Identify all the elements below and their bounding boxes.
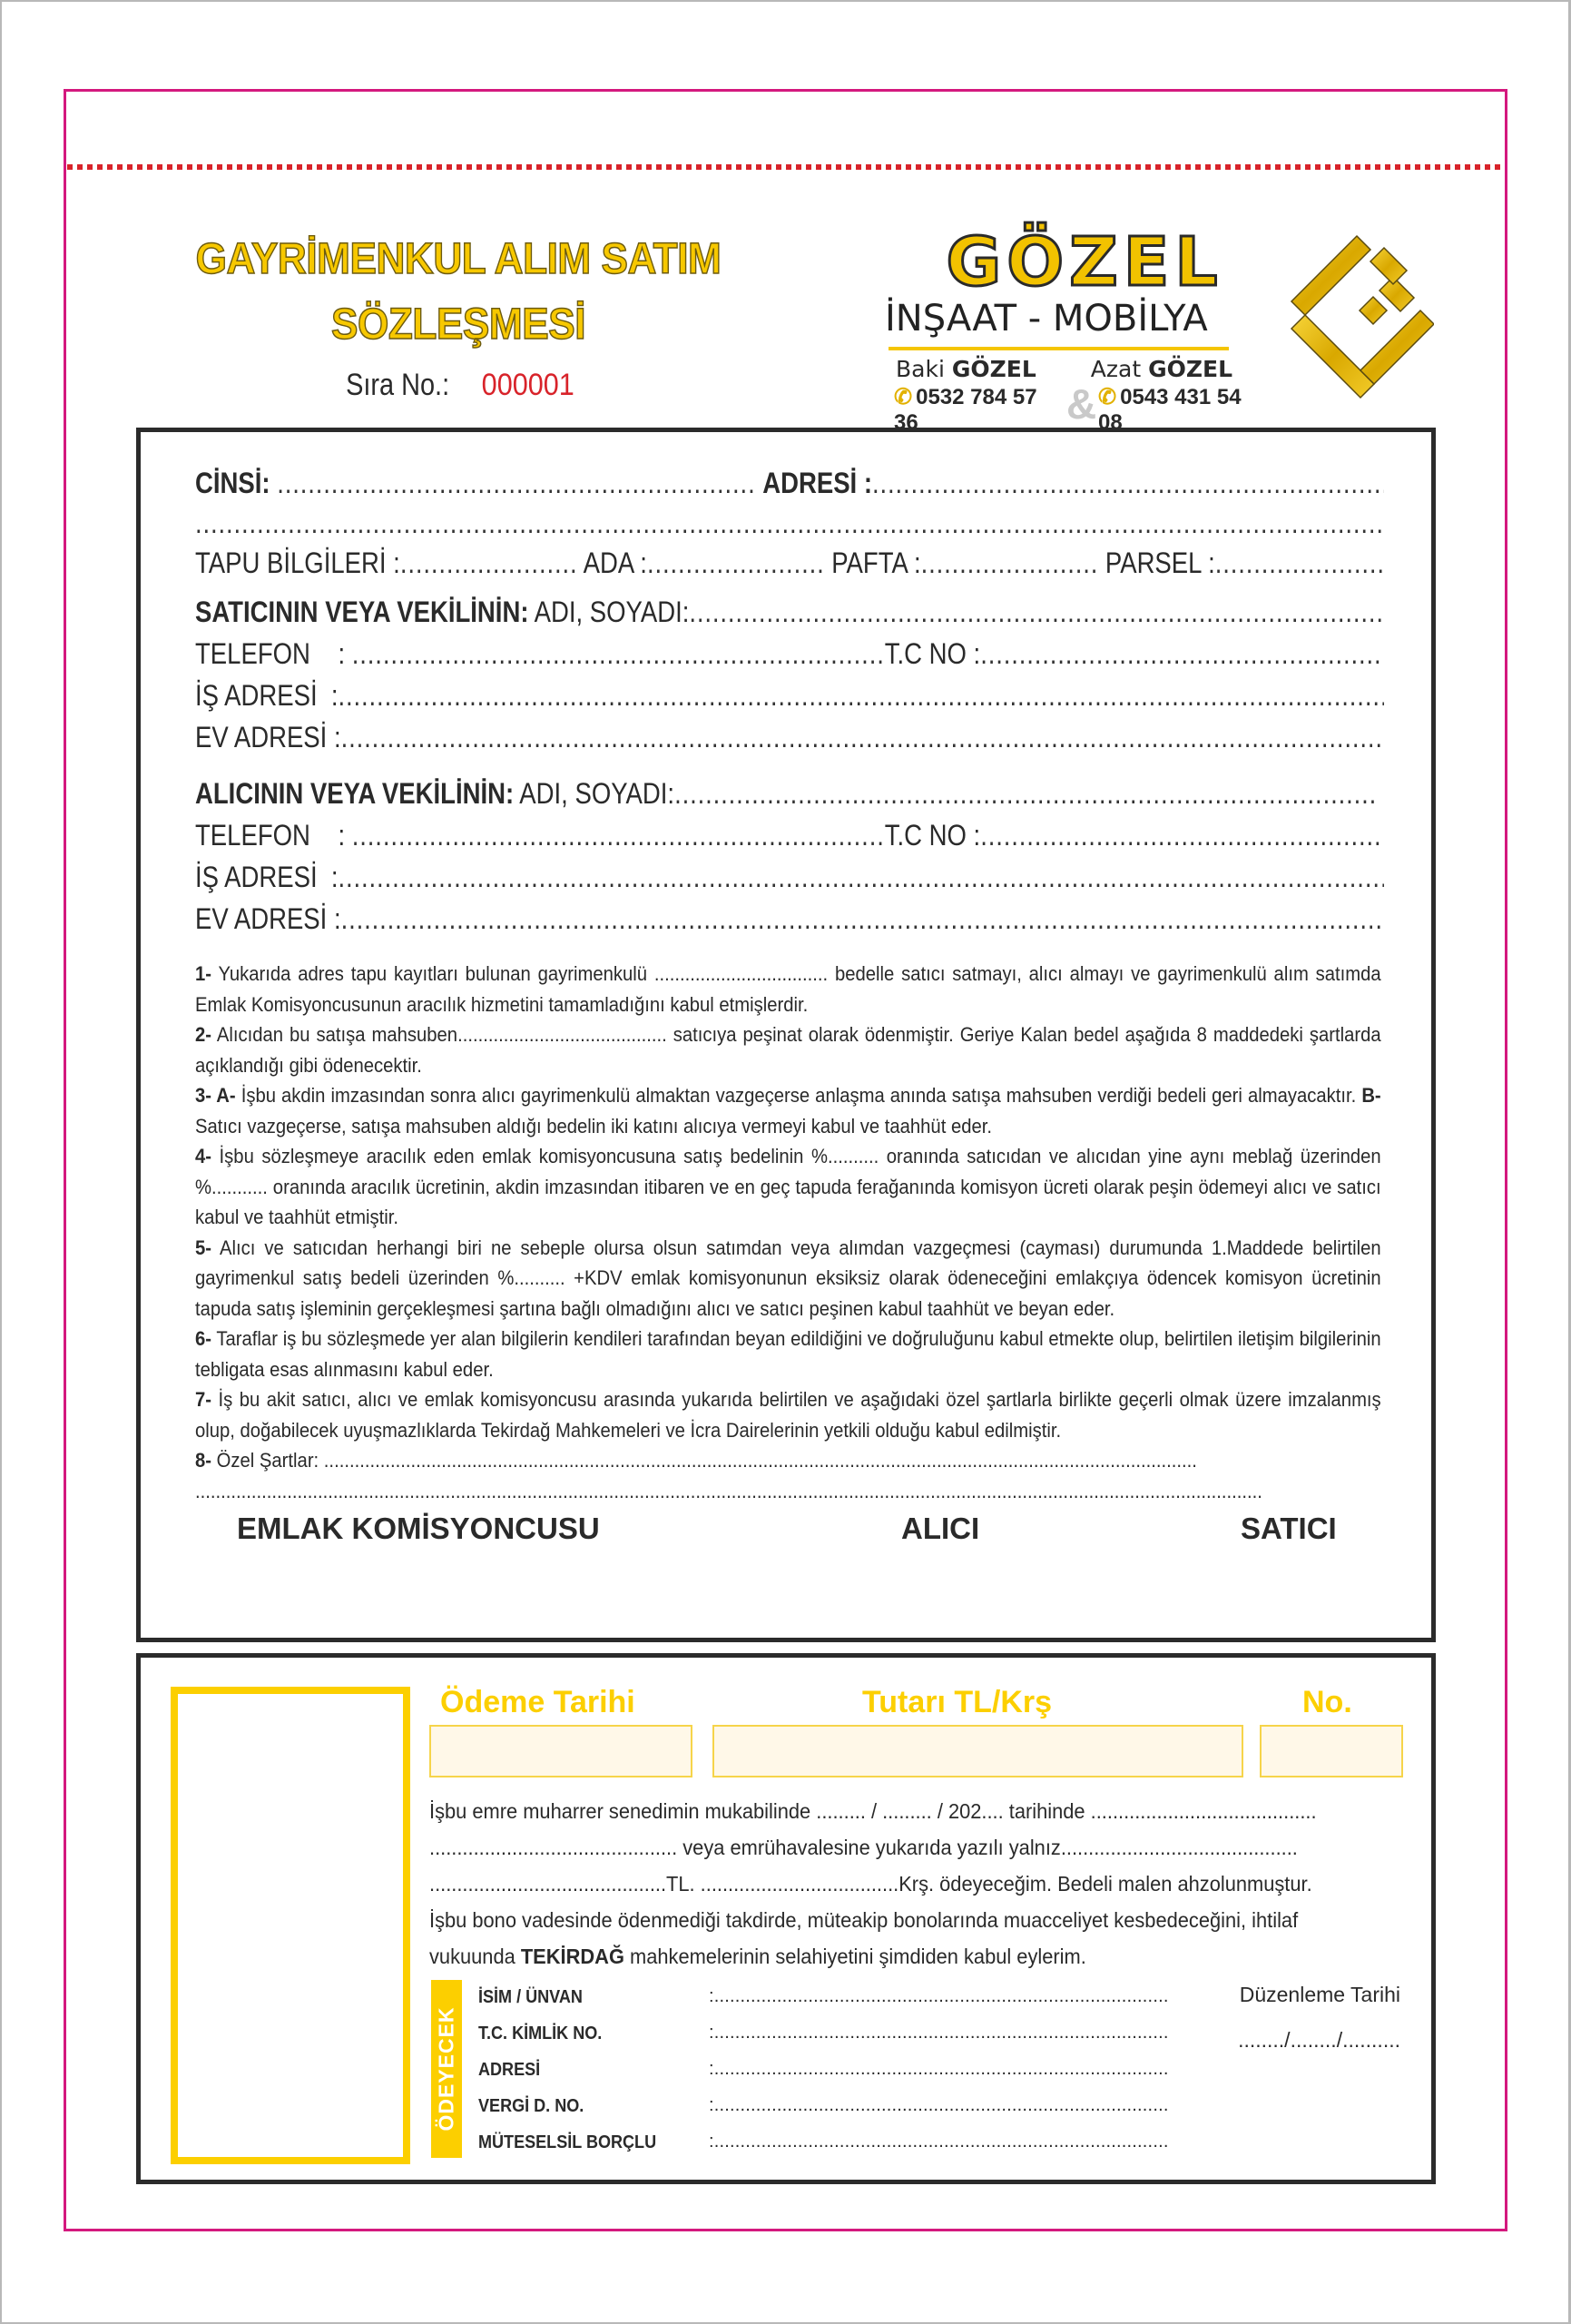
issue-date-label: Düzenleme Tarihi — [1240, 1983, 1400, 2007]
payment-date-field[interactable] — [429, 1725, 692, 1777]
amount-field[interactable] — [712, 1725, 1243, 1777]
signature-buyer[interactable]: ALICI — [901, 1512, 979, 1546]
pafta-label: PAFTA : — [831, 547, 920, 579]
buyer-name-label: ADI, SOYADI: — [519, 777, 674, 810]
property-address-label: ADRESİ : — [762, 467, 872, 499]
serial-number: Sıra No.: 000001 — [100, 368, 817, 403]
property-address-field-2[interactable]: ........................................… — [195, 505, 1384, 541]
document-title: GAYRİMENKUL ALIM SATIM SÖZLEŞMESİ — [129, 227, 789, 358]
payer-guarantor-field[interactable]: :.......................................… — [709, 2132, 1169, 2152]
note-no-field[interactable] — [1260, 1725, 1403, 1777]
serial-value: 000001 — [482, 368, 574, 403]
clause-3: 3- A- İşbu akdin imzasından sonra alıcı … — [195, 1080, 1381, 1141]
clause-5: 5- Alıcı ve satıcıdan herhangi biri ne s… — [195, 1233, 1381, 1324]
note-line-5: vukuunda TEKİRDAĞ mahkemelerinin selahiy… — [429, 1938, 1400, 1974]
brand-block: GÖZEL İNŞAAT - MOBİLYA Baki GÖZEL Azat G… — [885, 227, 1266, 436]
note-line-2[interactable]: ........................................… — [429, 1829, 1400, 1866]
payer-name-label: İSİM / ÜNVAN — [478, 1986, 597, 2008]
note-stub — [171, 1687, 410, 2164]
property-address-row-2: ........................................… — [195, 505, 1384, 541]
seller-phone-label: TELEFON : — [195, 637, 345, 670]
seller-phone-field[interactable]: ........................................… — [352, 637, 885, 670]
seller-name-field[interactable]: ........................................… — [689, 596, 1384, 628]
clause-4: 4- İşbu sözleşmeye aracılık eden emlak k… — [195, 1141, 1381, 1233]
payer-id-label: T.C. KİMLİK NO. — [478, 2023, 619, 2044]
phone-icon: ✆ — [1098, 385, 1116, 409]
payer-name-field[interactable]: :.......................................… — [709, 1986, 1169, 2007]
seller-home-row: EV ADRESİ :.............................… — [195, 719, 1384, 755]
buyer-name-field[interactable]: ........................................… — [674, 777, 1377, 810]
buyer-home-row: EV ADRESİ :.............................… — [195, 901, 1384, 937]
ada-label: ADA : — [584, 547, 647, 579]
payer-tax-field[interactable]: :.......................................… — [709, 2095, 1169, 2116]
title-line-1: GAYRİMENKUL ALIM SATIM — [129, 227, 789, 292]
seller-id-field[interactable]: ........................................… — [980, 637, 1384, 670]
seller-home-field[interactable]: ........................................… — [341, 721, 1384, 753]
note-line-1[interactable]: İşbu emre muharrer senedimin mukabilinde… — [429, 1793, 1400, 1829]
payer-guarantor-label: MÜTESELSİL BORÇLU — [478, 2132, 681, 2153]
promissory-note: Ödeme Tarihi Tutarı TL/Krş No. İşbu emre… — [136, 1653, 1436, 2184]
payer-address-field[interactable]: :.......................................… — [709, 2059, 1169, 2080]
signature-agent[interactable]: EMLAK KOMİSYONCUSU — [237, 1512, 600, 1546]
owner-2-first: Azat — [1091, 356, 1141, 382]
perforation-line — [67, 164, 1504, 170]
buyer-phone-field[interactable]: ........................................… — [352, 819, 885, 852]
payer-tax-label: VERGİ D. NO. — [478, 2095, 598, 2117]
issue-date-field[interactable]: ......../......../.......... — [1238, 2028, 1400, 2053]
buyer-work-label: İŞ ADRESİ : — [195, 861, 339, 893]
pafta-field[interactable]: ....................... — [921, 547, 1099, 579]
seller-heading: SATICININ VEYA VEKİLİNİN: — [195, 596, 528, 628]
note-line-4: İşbu bono vadesinde ödenmediği takdirde,… — [429, 1902, 1400, 1938]
seller-name-row: SATICININ VEYA VEKİLİNİN: ADI, SOYADI:..… — [195, 594, 1384, 630]
buyer-home-label: EV ADRESİ : — [195, 902, 341, 935]
parsel-label: PARSEL : — [1105, 547, 1215, 579]
seller-phone-row: TELEFON : ..............................… — [195, 635, 1384, 672]
brand-divider — [889, 347, 1229, 350]
contract-clauses: 1- Yukarıda adres tapu kayıtları bulunan… — [195, 959, 1382, 1506]
payer-tag: ÖDEYECEK — [431, 1980, 462, 2158]
seller-id-label: T.C NO : — [885, 637, 980, 670]
property-address-field[interactable]: ........................................… — [872, 467, 1384, 499]
seller-work-label: İŞ ADRESİ : — [195, 679, 339, 712]
owner-1-first: Baki — [896, 356, 945, 382]
buyer-id-field[interactable]: ........................................… — [980, 819, 1384, 852]
special-terms-field-2[interactable]: ........................................… — [195, 1476, 1381, 1507]
brand-owners: Baki GÖZEL Azat GÖZEL — [896, 356, 1266, 382]
owner-2-last: GÖZEL — [1148, 356, 1232, 382]
seller-work-row: İŞ ADRESİ :.............................… — [195, 677, 1384, 714]
buyer-work-field[interactable]: ........................................… — [339, 861, 1384, 893]
clause-2: 2- Alıcıdan bu satışa mahsuben..........… — [195, 1019, 1381, 1080]
title-line-2: SÖZLEŞMESİ — [129, 292, 789, 358]
payer-address-label: ADRESİ — [478, 2059, 548, 2081]
clause-6: 6- Taraflar iş bu sözleşmede yer alan bi… — [195, 1324, 1381, 1384]
clause-8-special-terms[interactable]: 8- Özel Şartlar: .......................… — [195, 1445, 1381, 1476]
clause-1: 1- Yukarıda adres tapu kayıtları bulunan… — [195, 959, 1381, 1019]
buyer-work-row: İŞ ADRESİ :.............................… — [195, 859, 1384, 895]
buyer-heading: ALICININ VEYA VEKİLİNİN: — [195, 777, 514, 810]
payer-id-field[interactable]: :.......................................… — [709, 2023, 1169, 2043]
seller-work-field[interactable]: ........................................… — [339, 679, 1384, 712]
deed-field[interactable]: ....................... — [400, 547, 578, 579]
buyer-id-label: T.C NO : — [885, 819, 980, 852]
diamond-g-logo-icon — [1280, 234, 1434, 407]
clause-7: 7- İş bu akit satıcı, alıcı ve emlak kom… — [195, 1384, 1381, 1445]
signature-seller[interactable]: SATICI — [1241, 1512, 1337, 1546]
property-type-label: CİNSİ: — [195, 467, 270, 499]
serial-label: Sıra No.: — [347, 368, 450, 403]
payment-date-header: Ödeme Tarihi — [440, 1685, 635, 1720]
parsel-field[interactable]: ....................... — [1215, 547, 1384, 579]
seller-name-label: ADI, SOYADI: — [535, 596, 690, 628]
seller-home-label: EV ADRESİ : — [195, 721, 341, 753]
deed-row: TAPU BİLGİLERİ :....................... … — [195, 545, 1384, 581]
contract-section: CİNSİ: .................................… — [136, 428, 1436, 1642]
owner-1-last: GÖZEL — [952, 356, 1036, 382]
phone-icon: ✆ — [894, 385, 912, 409]
brand-tagline: İNŞAAT - MOBİLYA — [885, 298, 1266, 340]
amount-header: Tutarı TL/Krş — [862, 1685, 1052, 1720]
property-type-field[interactable]: ........................................… — [277, 467, 755, 499]
brand-name: GÖZEL — [903, 227, 1266, 298]
ampersand: & — [1066, 379, 1096, 428]
owner-1: Baki GÖZEL — [896, 356, 1036, 382]
property-type-row: CİNSİ: .................................… — [195, 465, 1384, 501]
buyer-name-row: ALICININ VEYA VEKİLİNİN: ADI, SOYADI:...… — [195, 775, 1384, 812]
deed-label: TAPU BİLGİLERİ : — [195, 547, 400, 579]
ada-field[interactable]: ....................... — [647, 547, 825, 579]
note-no-header: No. — [1302, 1685, 1352, 1720]
buyer-home-field[interactable]: ........................................… — [341, 902, 1384, 935]
note-line-3[interactable]: ........................................… — [429, 1866, 1400, 1902]
owner-2: Azat GÖZEL — [1091, 356, 1232, 382]
buyer-phone-label: TELEFON : — [195, 819, 345, 852]
buyer-phone-row: TELEFON : ..............................… — [195, 817, 1384, 853]
